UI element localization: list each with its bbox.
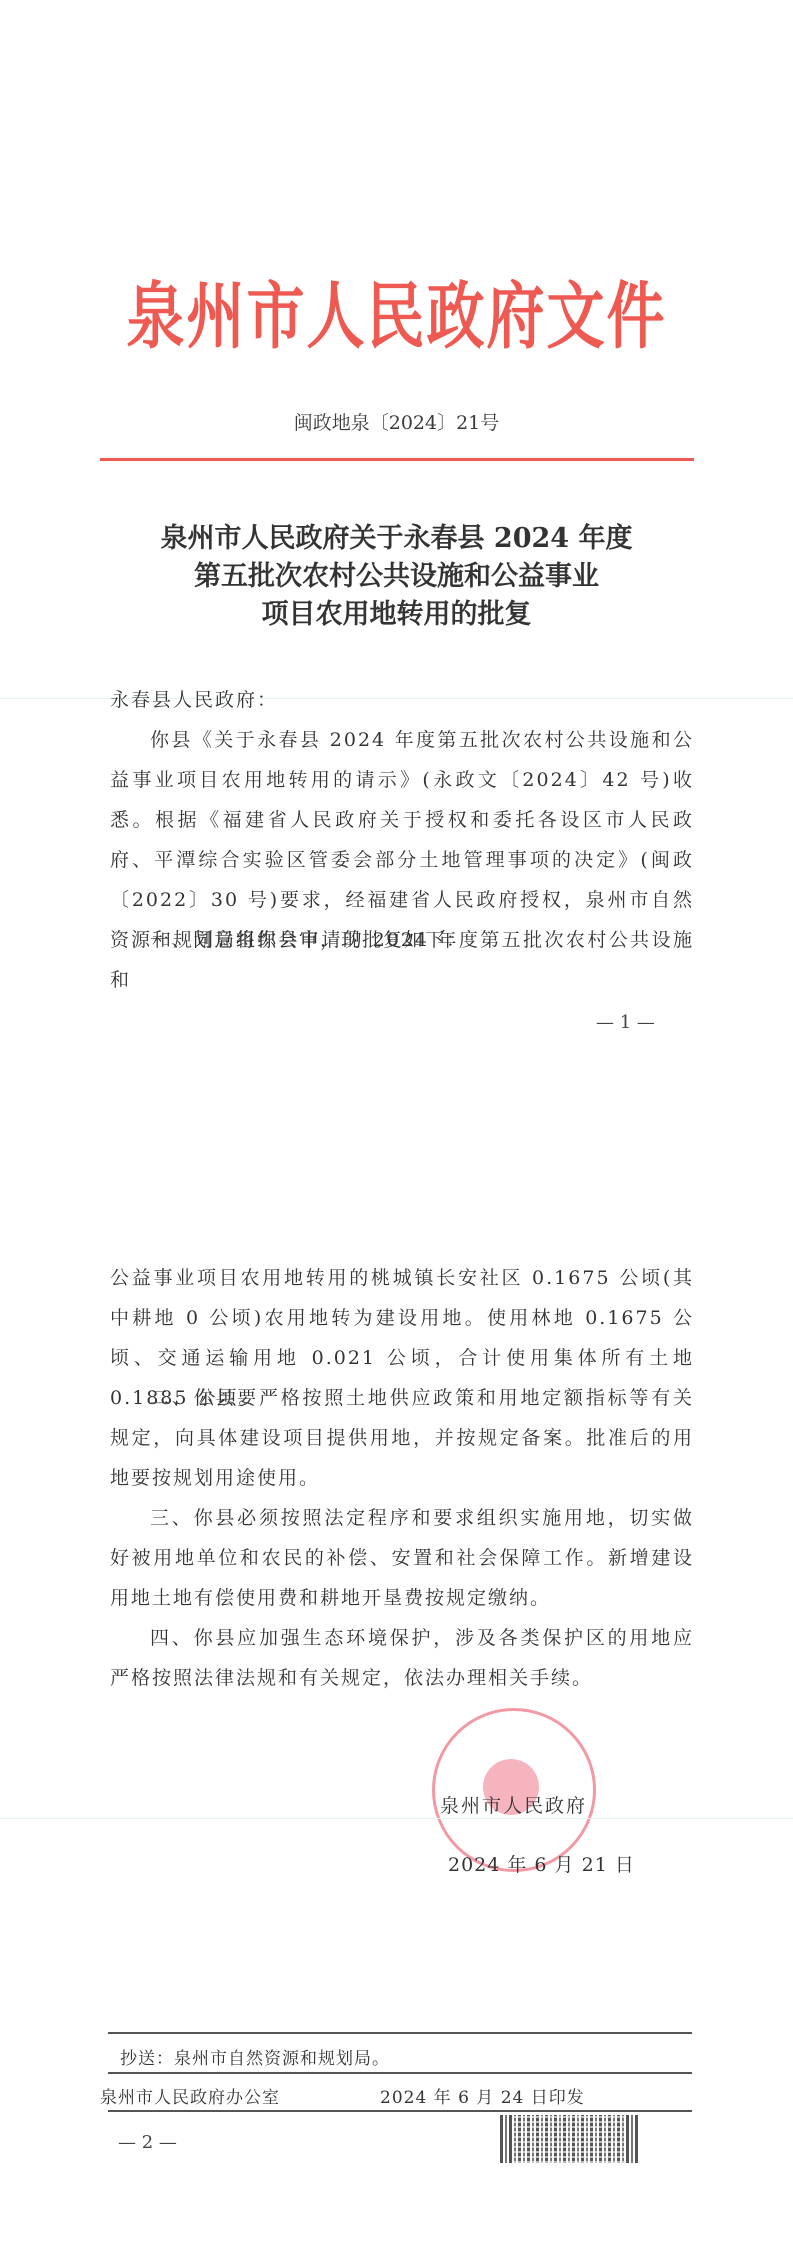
body-paragraph: 一、同意将你县申请的 2024 年度第五批次农村公共设施和 — [110, 920, 694, 1000]
body-paragraph: 三、你县必须按照法定程序和要求组织实施用地，切实做好被用地单位和农民的补偿、安置… — [110, 1498, 694, 1618]
document-title: 泉州市人民政府关于永春县 2024 年度 第五批次农村公共设施和公益事业 项目农… — [0, 520, 793, 634]
sign-date: 2024 年 6 月 21 日 — [448, 1850, 635, 1877]
title-line: 项目农用地转用的批复 — [0, 596, 793, 634]
page-number: — 1 — — [596, 1012, 655, 1033]
footer-rule — [108, 2072, 692, 2074]
issuer: 泉州市人民政府办公室 — [100, 2083, 280, 2108]
document-number: 闽政地泉〔2024〕21号 — [0, 408, 793, 435]
footer-rule — [108, 2032, 692, 2034]
red-divider — [100, 458, 694, 461]
title-line: 第五批次农村公共设施和公益事业 — [0, 558, 793, 596]
official-seal — [432, 1708, 596, 1872]
page-number: — 2 — — [118, 2132, 177, 2153]
barcode-icon — [500, 2115, 638, 2163]
cc-line: 抄送：泉州市自然资源和规划局。 — [120, 2044, 390, 2069]
masthead: 泉州市人民政府文件 — [0, 258, 793, 363]
issue-date: 2024 年 6 月 24 日印发 — [380, 2083, 585, 2108]
body-paragraph: 四、你县应加强生态环境保护，涉及各类保护区的用地应严格按照法律法规和有关规定，依… — [110, 1618, 694, 1698]
signer: 泉州市人民政府 — [440, 1791, 587, 1818]
footer-rule — [108, 2110, 692, 2112]
scan-artifact-line — [0, 1818, 793, 1819]
addressee: 永春县人民政府： — [110, 680, 694, 720]
body-paragraph: 二、你县要严格按照土地供应政策和用地定额指标等有关规定，向具体建设项目提供用地，… — [110, 1378, 694, 1498]
title-line: 泉州市人民政府关于永春县 2024 年度 — [0, 520, 793, 558]
